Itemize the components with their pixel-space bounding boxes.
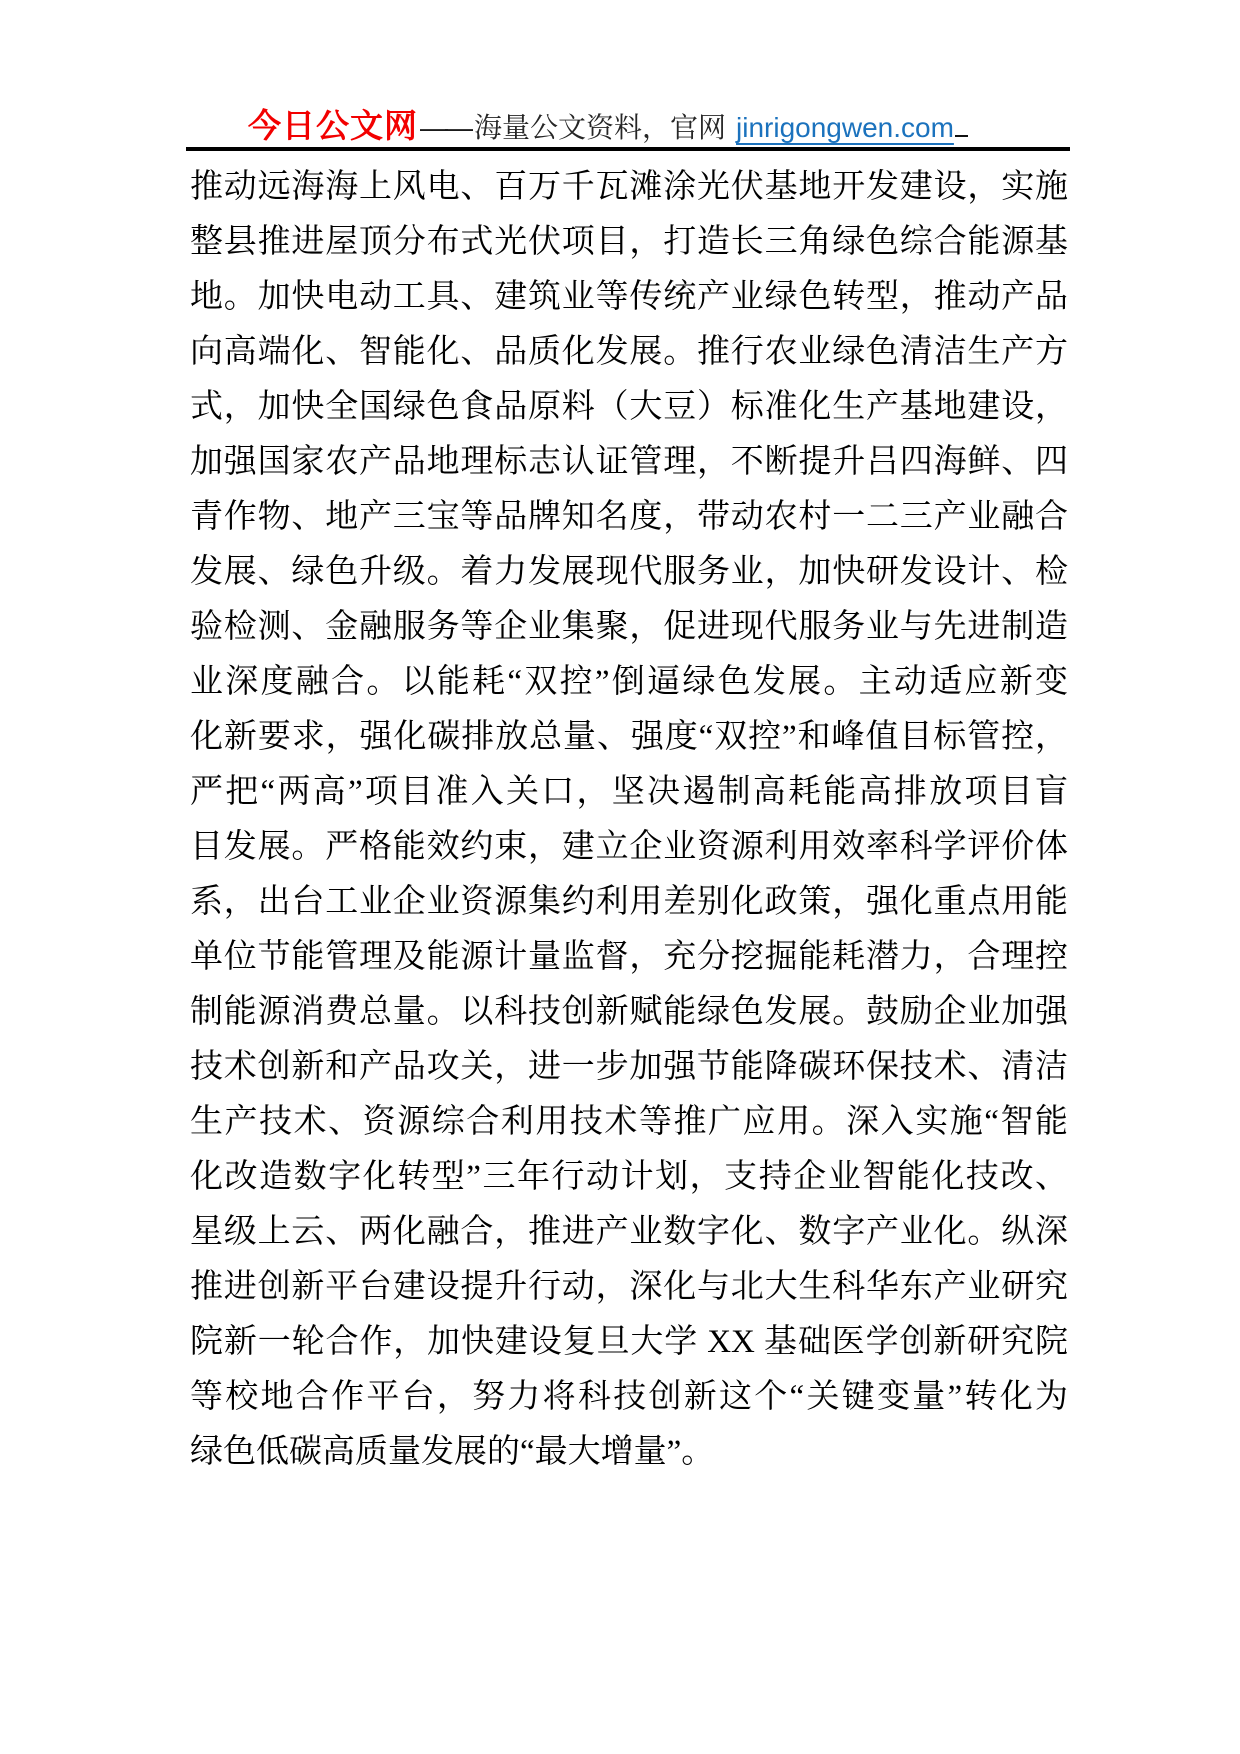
paragraph-line: 生产技术、资源综合利用技术等推广应用。深入实施“智能	[190, 1095, 1068, 1150]
paragraph-line-last: 绿色低碳高质量发展的“最大增量”。	[190, 1425, 1068, 1480]
paragraph-line: 地。加快电动工具、建筑业等传统产业绿色转型，推动产品	[190, 270, 1068, 325]
paragraph-line: 目发展。严格能效约束，建立企业资源利用效率科学评价体	[190, 820, 1068, 875]
paragraph-line: 系，出台工业企业资源集约利用差别化政策，强化重点用能	[190, 875, 1068, 930]
paragraph-line: 单位节能管理及能源计量监督，充分挖掘能耗潜力，合理控	[190, 930, 1068, 985]
paragraph-line: 青作物、地产三宝等品牌知名度，带动农村一二三产业融合	[190, 490, 1068, 545]
paragraph-line: 严把“两高”项目准入关口，坚决遏制高耗能高排放项目盲	[190, 765, 1068, 820]
paragraph-line: 等校地合作平台，努力将科技创新这个“关键变量”转化为	[190, 1370, 1068, 1425]
header-divider	[186, 147, 1070, 151]
link-underline-tail	[955, 105, 968, 137]
paragraph-line: 技术创新和产品攻关，进一步加强节能降碳环保技术、清洁	[190, 1040, 1068, 1095]
paragraph-line: 式，加快全国绿色食品原料（大豆）标准化生产基地建设，	[190, 380, 1068, 435]
paragraph-line: 推进创新平台建设提升行动，深化与北大生科华东产业研究	[190, 1260, 1068, 1315]
paragraph-line: 星级上云、两化融合，推进产业数字化、数字产业化。纵深	[190, 1205, 1068, 1260]
paragraph-line: 整县推进屋顶分布式光伏项目，打造长三角绿色综合能源基	[190, 215, 1068, 270]
paragraph-line: 业深度融合。以能耗“双控”倒逼绿色发展。主动适应新变	[190, 655, 1068, 710]
paragraph-line: 院新一轮合作，加快建设复旦大学 XX 基础医学创新研究院	[190, 1315, 1068, 1370]
document-body: 推动远海海上风电、百万千瓦滩涂光伏基地开发建设，实施 整县推进屋顶分布式光伏项目…	[190, 160, 1068, 1480]
document-page: 今日公文网——海量公文资料，官网jinrigongwen.com 推动远海海上风…	[0, 0, 1240, 1754]
website-link[interactable]: jinrigongwen.com	[736, 112, 954, 143]
brand-logo: 今日公文网	[248, 107, 418, 144]
brand-dash: ——	[420, 112, 470, 143]
paragraph-line: 向高端化、智能化、品质化发展。推行农业绿色清洁生产方	[190, 325, 1068, 380]
site-header: 今日公文网——海量公文资料，官网jinrigongwen.com	[248, 100, 968, 147]
paragraph-line: 制能源消费总量。以科技创新赋能绿色发展。鼓励企业加强	[190, 985, 1068, 1040]
header-tagline: 海量公文资料，官网	[474, 112, 726, 143]
paragraph-line: 推动远海海上风电、百万千瓦滩涂光伏基地开发建设，实施	[190, 160, 1068, 215]
paragraph-line: 化新要求，强化碳排放总量、强度“双控”和峰值目标管控，	[190, 710, 1068, 765]
paragraph-line: 验检测、金融服务等企业集聚，促进现代服务业与先进制造	[190, 600, 1068, 655]
paragraph-line: 加强国家农产品地理标志认证管理，不断提升吕四海鲜、四	[190, 435, 1068, 490]
paragraph-line: 发展、绿色升级。着力发展现代服务业，加快研发设计、检	[190, 545, 1068, 600]
paragraph-line: 化改造数字化转型”三年行动计划，支持企业智能化技改、	[190, 1150, 1068, 1205]
